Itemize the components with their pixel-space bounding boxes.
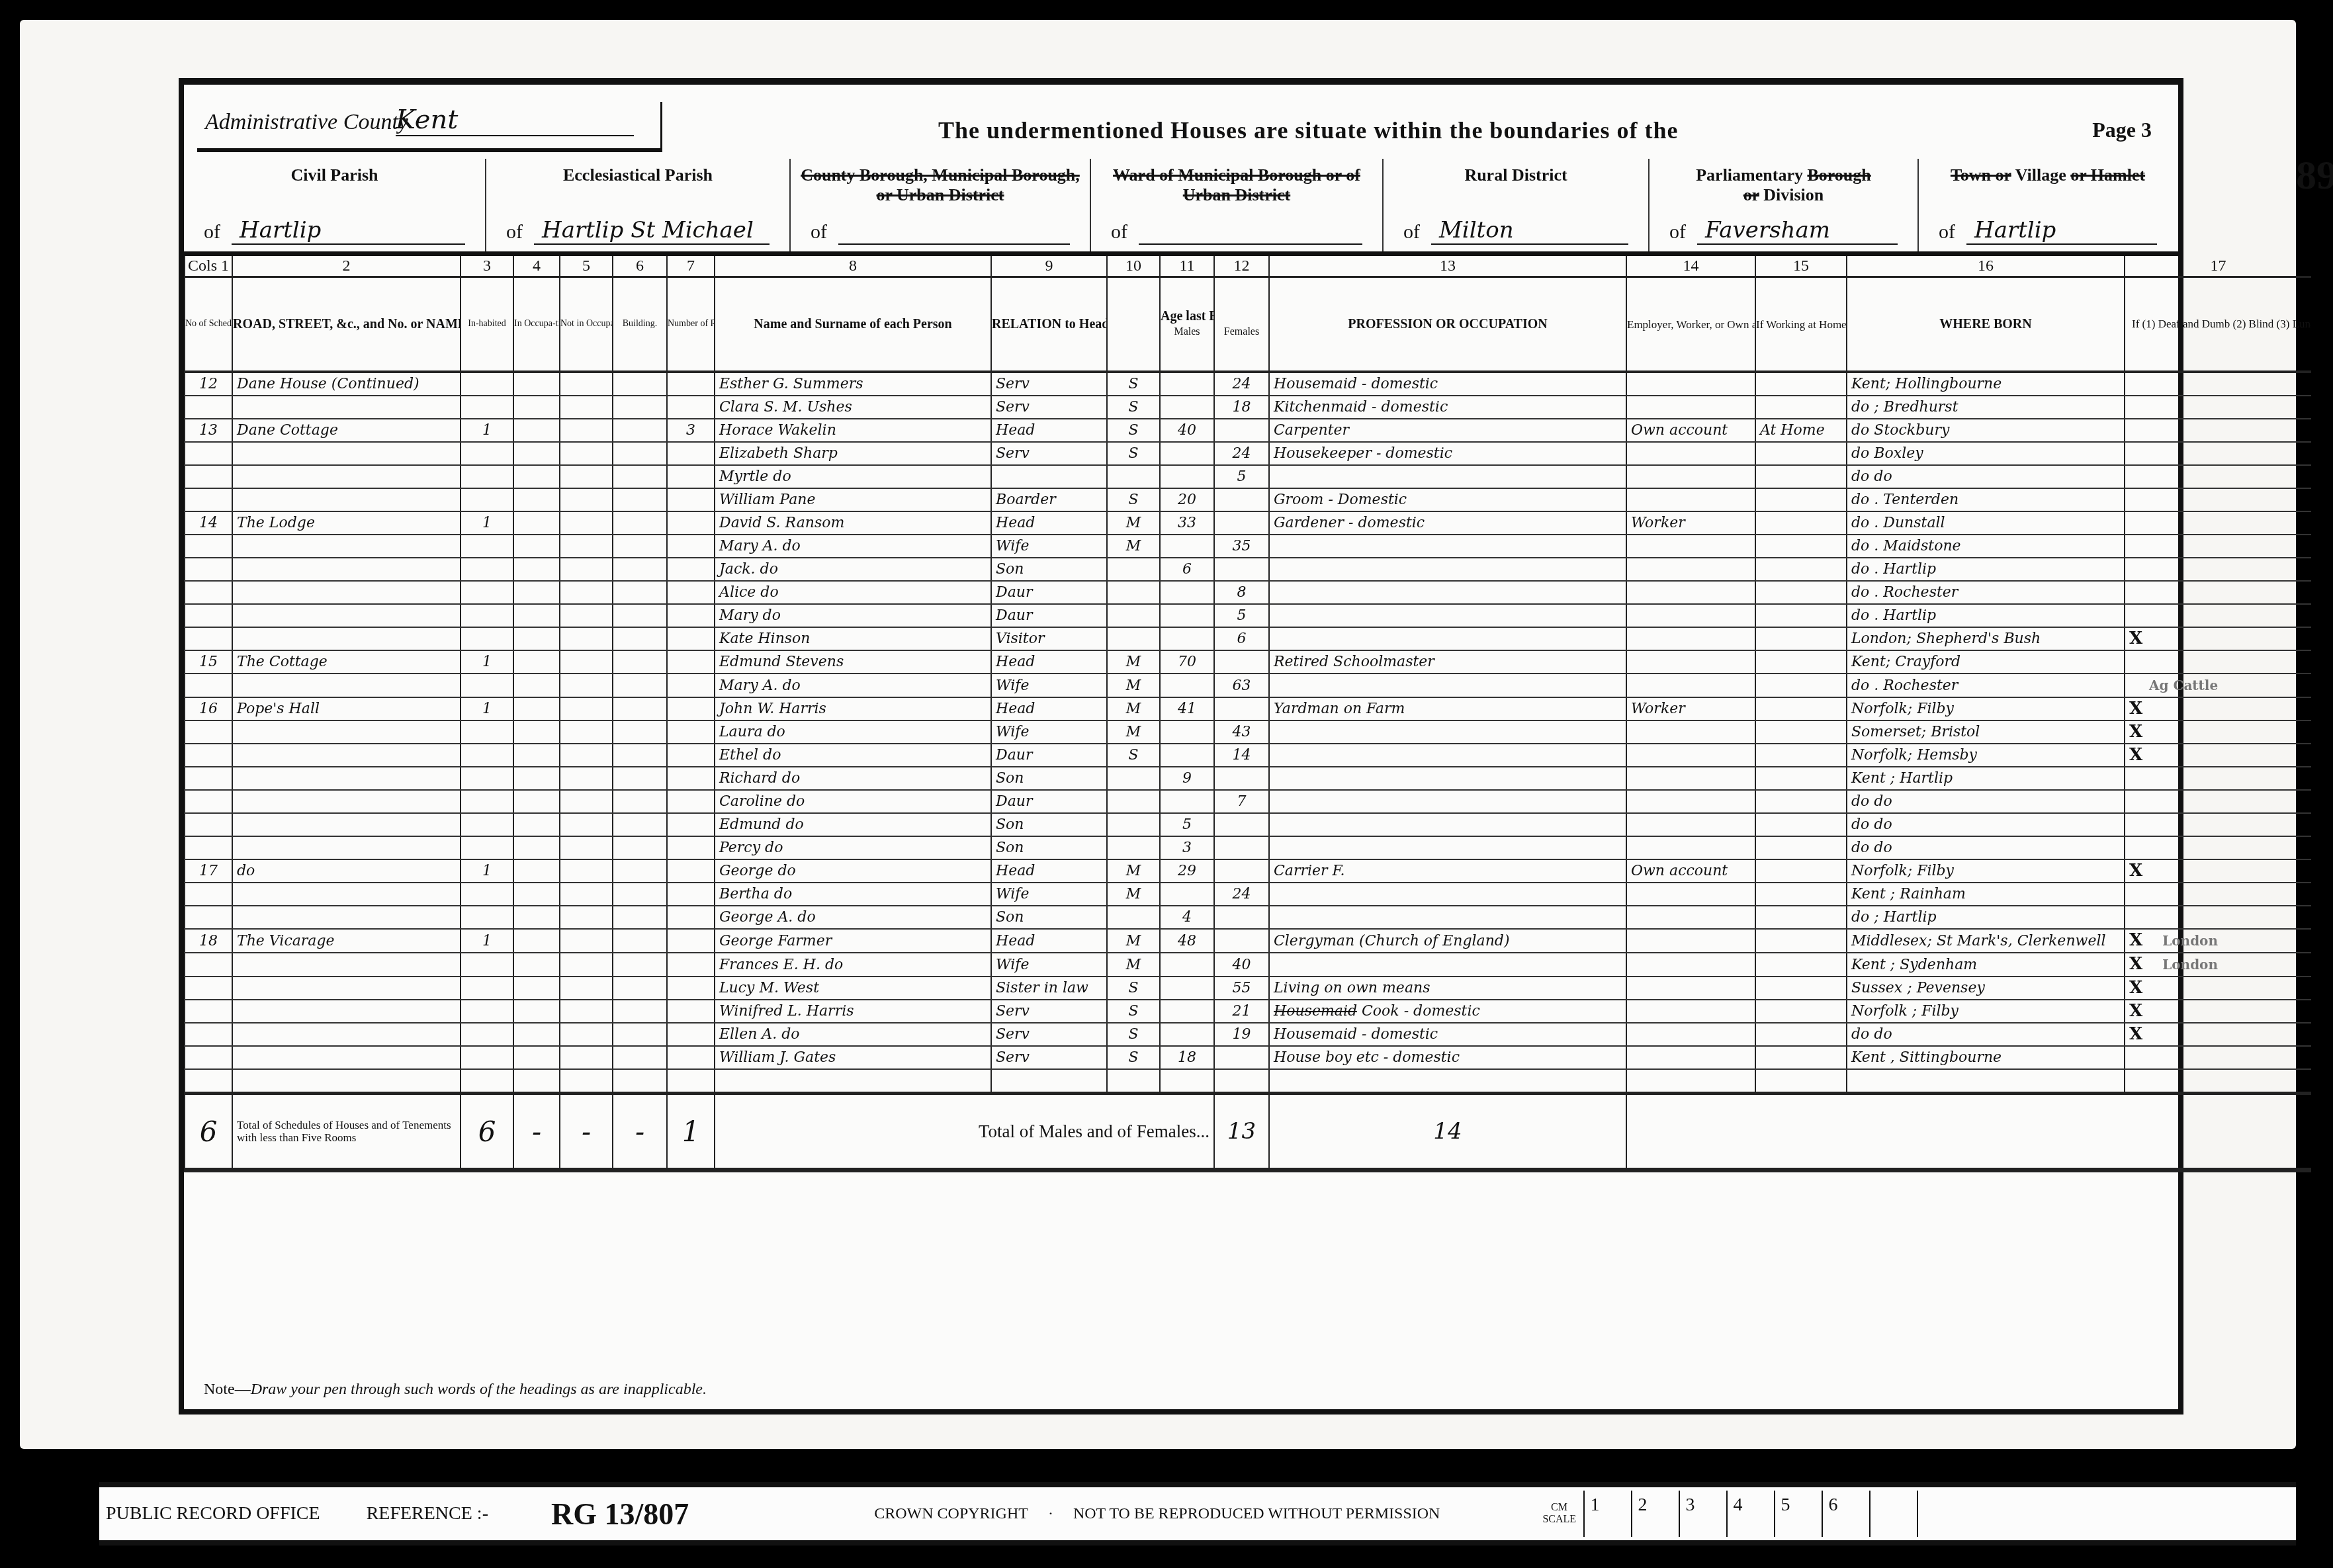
cell-infirmity: [2125, 558, 2311, 581]
cell-age-female: [1214, 511, 1269, 535]
cell-condition: [1107, 813, 1160, 836]
cell-employer: [1626, 1000, 1755, 1023]
cell-age-male: [1160, 604, 1214, 627]
cell-infirmity: [2125, 535, 2311, 558]
cell-where-born: Norfolk; Hemsby: [1847, 744, 2125, 767]
cell-schedule: [185, 953, 232, 977]
cell-rooms: [667, 511, 715, 535]
cell-schedule: 17: [185, 859, 232, 883]
cell-age-male: [1160, 720, 1214, 744]
cell-where-born: Kent ; Rainham: [1847, 883, 2125, 906]
cell-occupation: [1269, 883, 1626, 906]
cell-age-male: 70: [1160, 650, 1214, 674]
area-title: Rural District: [1384, 165, 1648, 185]
area-of-label: of: [1403, 221, 1420, 243]
cell-where-born: do do: [1847, 465, 2125, 488]
cell-not-in-occupation: [560, 836, 613, 859]
cell-condition: M: [1107, 511, 1160, 535]
cell-inhabited: [461, 836, 513, 859]
cell-age-male: [1160, 1069, 1214, 1094]
cell-occupation: [1269, 953, 1626, 977]
heading-relation: RELATION to Head of Family: [991, 277, 1107, 372]
cell-age-female: 6: [1214, 627, 1269, 650]
column-number: 4: [513, 256, 560, 277]
cell-age-female: 35: [1214, 535, 1269, 558]
cell-name: Alice do: [715, 581, 991, 604]
cell-age-female: 7: [1214, 790, 1269, 813]
heading-condition: Condition as to Marriage: [1107, 277, 1160, 372]
heading-where-born: WHERE BORN: [1847, 277, 2125, 372]
area-of-label: of: [1669, 221, 1686, 243]
cell-house: [232, 1046, 461, 1069]
cell-inhabited: [461, 790, 513, 813]
cell-building: [613, 859, 667, 883]
cell-relation: Wife: [991, 674, 1107, 697]
cell-condition: [1107, 906, 1160, 929]
heading-part: Village: [2015, 165, 2066, 185]
cell-inhabited: [461, 627, 513, 650]
cell-rooms: [667, 744, 715, 767]
total-rooms: 1: [667, 1094, 715, 1170]
cell-working-at-home: [1755, 396, 1847, 419]
cell-occupation: [1269, 720, 1626, 744]
table-row: George A. doSon4do ; Hartlip: [185, 906, 2311, 929]
cell-age-male: [1160, 883, 1214, 906]
area-value: Faversham: [1697, 217, 1898, 245]
cell-name: Kate Hinson: [715, 627, 991, 650]
cell-occupation: [1269, 836, 1626, 859]
cell-inhabited: [461, 767, 513, 790]
cell-schedule: [185, 883, 232, 906]
cell-house: [232, 767, 461, 790]
cell-in-occupation: [513, 1046, 560, 1069]
column-headings-row: No of Schedule ROAD, STREET, &c., and No…: [185, 277, 2311, 372]
table-row: William J. GatesServS18House boy etc - d…: [185, 1046, 2311, 1069]
cell-age-male: [1160, 953, 1214, 977]
cell-rooms: [667, 953, 715, 977]
cell-not-in-occupation: [560, 535, 613, 558]
area-of-label: of: [1939, 221, 1955, 243]
cell-house: do: [232, 859, 461, 883]
cell-name: Mary do: [715, 604, 991, 627]
archive-footer: PUBLIC RECORD OFFICE REFERENCE :- RG 13/…: [99, 1482, 2296, 1546]
cell-working-at-home: [1755, 813, 1847, 836]
cell-name: Mary A. do: [715, 674, 991, 697]
cell-inhabited: [461, 465, 513, 488]
totals-row: 6 Total of Schedules of Houses and of Te…: [185, 1094, 2311, 1170]
cell-where-born: Somerset; Bristol: [1847, 720, 2125, 744]
cell-in-occupation: [513, 697, 560, 720]
cell-occupation: House boy etc - domestic: [1269, 1046, 1626, 1069]
column-number: 17: [2125, 256, 2311, 277]
cell-infirmity: [2125, 650, 2311, 674]
cell-relation: Serv: [991, 442, 1107, 465]
cell-building: [613, 674, 667, 697]
cell-rooms: [667, 581, 715, 604]
cell-schedule: [185, 627, 232, 650]
administrative-county-value: Kent: [396, 105, 634, 136]
cell-inhabited: 1: [461, 650, 513, 674]
note-prefix: Note—: [204, 1381, 251, 1398]
cell-rooms: [667, 604, 715, 627]
cell-working-at-home: [1755, 1046, 1847, 1069]
cell-age-female: [1214, 929, 1269, 953]
table-row: Alice doDaur8do . Rochester: [185, 581, 2311, 604]
cell-not-in-occupation: [560, 1000, 613, 1023]
cell-where-born: do do: [1847, 813, 2125, 836]
cell-in-occupation: [513, 953, 560, 977]
cell-rooms: [667, 813, 715, 836]
table-row: Mary doDaur5do . Hartlip: [185, 604, 2311, 627]
cell-relation: Daur: [991, 604, 1107, 627]
cell-occupation: Gardener - domestic: [1269, 511, 1626, 535]
area-value: Hartlip: [1966, 217, 2157, 245]
cell-rooms: [667, 558, 715, 581]
cell-age-male: 41: [1160, 697, 1214, 720]
cell-building: [613, 790, 667, 813]
cell-relation: Head: [991, 929, 1107, 953]
cell-where-born: Middlesex; St Mark's, Clerkenwell: [1847, 929, 2125, 953]
cell-infirmity: X: [2125, 697, 2311, 720]
cell-where-born: Kent ; Sydenham: [1847, 953, 2125, 977]
cell-occupation: [1269, 813, 1626, 836]
cell-infirmity: X: [2125, 859, 2311, 883]
cell-infirmity: [2125, 419, 2311, 442]
table-row: Mary A. doWifeM35do . Maidstone: [185, 535, 2311, 558]
cell-age-female: 19: [1214, 1023, 1269, 1046]
cell-in-occupation: [513, 442, 560, 465]
cell-not-in-occupation: [560, 767, 613, 790]
cell-schedule: [185, 535, 232, 558]
cell-in-occupation: [513, 650, 560, 674]
area-value: [838, 217, 1070, 245]
cell-working-at-home: [1755, 859, 1847, 883]
administrative-county-label: Administrative County: [205, 110, 408, 135]
cell-where-born: Kent , Sittingbourne: [1847, 1046, 2125, 1069]
cell-occupation: [1269, 767, 1626, 790]
cell-relation: Son: [991, 906, 1107, 929]
cell-occupation: [1269, 790, 1626, 813]
scale-mark-blank: [1871, 1491, 1918, 1537]
cell-employer: [1626, 883, 1755, 906]
cell-relation: Serv: [991, 372, 1107, 396]
cell-relation: Boarder: [991, 488, 1107, 511]
heading-rooms: Number of Rooms occupied if less than fi…: [667, 277, 715, 372]
table-row: Laura doWifeM43Somerset; BristolX: [185, 720, 2311, 744]
cell-working-at-home: [1755, 674, 1847, 697]
cell-working-at-home: [1755, 836, 1847, 859]
cell-name: John W. Harris: [715, 697, 991, 720]
cell-age-male: 48: [1160, 929, 1214, 953]
struck-heading: or: [1743, 185, 1759, 204]
cell-building: [613, 1069, 667, 1094]
cell-house: Dane Cottage: [232, 419, 461, 442]
cell-rooms: [667, 465, 715, 488]
heading-name: Name and Surname of each Person: [715, 277, 991, 372]
cell-infirmity: [2125, 604, 2311, 627]
cell-building: [613, 767, 667, 790]
cell-age-female: [1214, 813, 1269, 836]
cell-house: Pope's Hall: [232, 697, 461, 720]
cell-relation: Wife: [991, 953, 1107, 977]
column-number: 5: [560, 256, 613, 277]
cell-schedule: [185, 604, 232, 627]
cell-working-at-home: [1755, 627, 1847, 650]
cell-relation: Daur: [991, 744, 1107, 767]
table-row: Lucy M. WestSister in lawS55Living on ow…: [185, 977, 2311, 1000]
cell-working-at-home: [1755, 977, 1847, 1000]
total-not-in-occupation: -: [560, 1094, 613, 1170]
cell-condition: S: [1107, 442, 1160, 465]
heading-schedule: No of Schedule: [185, 277, 232, 372]
cell-rooms: [667, 977, 715, 1000]
cell-in-occupation: [513, 720, 560, 744]
cell-name: Elizabeth Sharp: [715, 442, 991, 465]
area-boundaries: Civil Parish of Hartlip Ecclesiastical P…: [184, 159, 2178, 256]
cell-not-in-occupation: [560, 1069, 613, 1094]
cell-inhabited: [461, 1069, 513, 1094]
column-number: Cols 1: [185, 256, 232, 277]
cell-inhabited: [461, 953, 513, 977]
cell-occupation: Housemaid - domestic: [1269, 1023, 1626, 1046]
cell-not-in-occupation: [560, 372, 613, 396]
area-of-label: of: [204, 221, 220, 243]
cell-building: [613, 372, 667, 396]
cell-condition: [1107, 558, 1160, 581]
cell-condition: S: [1107, 977, 1160, 1000]
cell-schedule: [185, 558, 232, 581]
cell-employer: [1626, 372, 1755, 396]
cell-condition: S: [1107, 488, 1160, 511]
cell-rooms: [667, 372, 715, 396]
cell-infirmity: [2125, 1046, 2311, 1069]
cell-not-in-occupation: [560, 953, 613, 977]
cell-working-at-home: [1755, 883, 1847, 906]
table-row: Winifred L. HarrisServS21Housemaid Cook …: [185, 1000, 2311, 1023]
area-ecclesiastical-parish: Ecclesiastical Parish of Hartlip St Mich…: [486, 159, 791, 251]
heading-age-text: Age last Birthday of: [1161, 309, 1214, 324]
cell-employer: [1626, 581, 1755, 604]
cell-rooms: [667, 767, 715, 790]
cell-in-occupation: [513, 813, 560, 836]
cell-name: David S. Ransom: [715, 511, 991, 535]
table-row: Mary A. doWifeM63do . RochesterAg Cattle: [185, 674, 2311, 697]
cell-age-male: 5: [1160, 813, 1214, 836]
cell-in-occupation: [513, 906, 560, 929]
cell-working-at-home: [1755, 1069, 1847, 1094]
cell-building: [613, 558, 667, 581]
cell-name: Jack. do: [715, 558, 991, 581]
cell-rooms: [667, 488, 715, 511]
cell-condition: M: [1107, 535, 1160, 558]
cell-working-at-home: [1755, 697, 1847, 720]
cell-name: George A. do: [715, 906, 991, 929]
heading-working-at-home: If Working at Home: [1755, 277, 1847, 372]
cell-house: The Vicarage: [232, 929, 461, 953]
cell-occupation: [1269, 581, 1626, 604]
cell-in-occupation: [513, 627, 560, 650]
cell-rooms: [667, 535, 715, 558]
cell-inhabited: 1: [461, 697, 513, 720]
cell-infirmity: [2125, 465, 2311, 488]
cell-not-in-occupation: [560, 488, 613, 511]
heading-males: Males: [1174, 326, 1200, 337]
cell-age-male: [1160, 977, 1214, 1000]
cell-house: [232, 674, 461, 697]
cell-schedule: 14: [185, 511, 232, 535]
cell-in-occupation: [513, 396, 560, 419]
table-row: Richard doSon9Kent ; Hartlip: [185, 767, 2311, 790]
total-in-occupation: -: [513, 1094, 560, 1170]
table-row: 14The Lodge1David S. RansomHeadM33Garden…: [185, 511, 2311, 535]
cell-building: [613, 953, 667, 977]
cell-condition: S: [1107, 744, 1160, 767]
cell-employer: [1626, 465, 1755, 488]
cell-building: [613, 396, 667, 419]
heading-not-in-occupation: Not in Occupa-tion.: [560, 277, 613, 372]
cell-employer: [1626, 744, 1755, 767]
cell-relation: Serv: [991, 1046, 1107, 1069]
cell-condition: M: [1107, 953, 1160, 977]
total-inhabited: 6: [461, 1094, 513, 1170]
struck-heading: County Borough, Municipal Borough, or Ur…: [801, 165, 1080, 204]
cell-condition: [1107, 767, 1160, 790]
cell-age-male: 3: [1160, 836, 1214, 859]
cell-house: [232, 396, 461, 419]
cell-infirmity: X: [2125, 977, 2311, 1000]
scale-mark: 1: [1585, 1491, 1632, 1537]
form-header: Administrative County Kent The underment…: [184, 85, 2178, 159]
cell-not-in-occupation: [560, 859, 613, 883]
struck-heading: or Hamlet: [2070, 165, 2145, 185]
cell-age-male: [1160, 396, 1214, 419]
cell-age-female: [1214, 1046, 1269, 1069]
cell-where-born: do . Rochester: [1847, 581, 2125, 604]
cell-condition: M: [1107, 929, 1160, 953]
cell-not-in-occupation: [560, 627, 613, 650]
cell-inhabited: [461, 883, 513, 906]
cell-inhabited: [461, 372, 513, 396]
cell-relation: Head: [991, 511, 1107, 535]
note-text: Draw your pen through such words of the …: [251, 1381, 707, 1398]
cell-house: [232, 558, 461, 581]
heading-in-occupation: In Occupa-tion.: [513, 277, 560, 372]
cell-name: William Pane: [715, 488, 991, 511]
copyright-label: CROWN COPYRIGHT: [874, 1505, 1028, 1523]
cell-working-at-home: [1755, 535, 1847, 558]
cell-in-occupation: [513, 372, 560, 396]
cell-where-born: do ; Bredhurst: [1847, 396, 2125, 419]
cell-rooms: [667, 790, 715, 813]
cell-schedule: [185, 674, 232, 697]
cell-name: Clara S. M. Ushes: [715, 396, 991, 419]
cell-inhabited: [461, 535, 513, 558]
cell-age-female: 24: [1214, 372, 1269, 396]
column-number: 7: [667, 256, 715, 277]
cell-inhabited: [461, 442, 513, 465]
cell-building: [613, 488, 667, 511]
cell-name: George do: [715, 859, 991, 883]
cell-working-at-home: [1755, 650, 1847, 674]
permission-notice: NOT TO BE REPRODUCED WITHOUT PERMISSION: [1073, 1505, 1440, 1523]
cell-age-female: [1214, 650, 1269, 674]
cell-employer: [1626, 488, 1755, 511]
cell-house: [232, 744, 461, 767]
cell-not-in-occupation: [560, 465, 613, 488]
cell-not-in-occupation: [560, 581, 613, 604]
cell-age-male: [1160, 465, 1214, 488]
cell-building: [613, 836, 667, 859]
administrative-county: Administrative County Kent: [197, 102, 662, 152]
cell-age-female: 55: [1214, 977, 1269, 1000]
cell-rooms: [667, 859, 715, 883]
cell-inhabited: [461, 1023, 513, 1046]
cell-in-occupation: [513, 744, 560, 767]
separator: ·: [1048, 1505, 1053, 1523]
cell-inhabited: [461, 1046, 513, 1069]
cell-age-female: 24: [1214, 883, 1269, 906]
cell-building: [613, 1023, 667, 1046]
cell-relation: Daur: [991, 581, 1107, 604]
cell-occupation: Yardman on Farm: [1269, 697, 1626, 720]
cell-rooms: [667, 697, 715, 720]
cell-house: [232, 1023, 461, 1046]
cell-building: [613, 465, 667, 488]
cell-inhabited: 1: [461, 511, 513, 535]
cell-relation: Son: [991, 767, 1107, 790]
cell-schedule: [185, 906, 232, 929]
cell-in-occupation: [513, 419, 560, 442]
cell-age-female: 63: [1214, 674, 1269, 697]
column-number: 6: [613, 256, 667, 277]
column-number: 16: [1847, 256, 2125, 277]
cell-age-female: 21: [1214, 1000, 1269, 1023]
cell-name: Laura do: [715, 720, 991, 744]
cell-inhabited: [461, 581, 513, 604]
cell-not-in-occupation: [560, 511, 613, 535]
area-value: [1139, 217, 1362, 245]
table-row: Bertha doWifeM24Kent ; Rainham: [185, 883, 2311, 906]
table-row: Caroline doDaur7do do: [185, 790, 2311, 813]
cell-inhabited: [461, 1000, 513, 1023]
cell-house: [232, 535, 461, 558]
cell-where-born: do . Hartlip: [1847, 604, 2125, 627]
total-schedules-label: Total of Schedules of Houses and of Tene…: [232, 1094, 461, 1170]
cell-house: [232, 836, 461, 859]
cell-in-occupation: [513, 977, 560, 1000]
cell-inhabited: [461, 720, 513, 744]
cell-schedule: [185, 1023, 232, 1046]
cell-condition: S: [1107, 396, 1160, 419]
cell-age-male: 4: [1160, 906, 1214, 929]
cell-name: Myrtle do: [715, 465, 991, 488]
cell-occupation: Carpenter: [1269, 419, 1626, 442]
struck-heading: Town or: [1951, 165, 2011, 185]
table-row: Percy doSon3do do: [185, 836, 2311, 859]
cell-not-in-occupation: [560, 558, 613, 581]
column-number: 8: [715, 256, 991, 277]
cell-schedule: 15: [185, 650, 232, 674]
cell-rooms: [667, 650, 715, 674]
cell-where-born: Sussex ; Pevensey: [1847, 977, 2125, 1000]
area-title: Ward of Municipal Borough or of Urban Di…: [1091, 165, 1382, 205]
cell-in-occupation: [513, 674, 560, 697]
cell-rooms: [667, 442, 715, 465]
cell-where-born: Kent; Crayford: [1847, 650, 2125, 674]
cell-not-in-occupation: [560, 977, 613, 1000]
cell-schedule: [185, 767, 232, 790]
cell-not-in-occupation: [560, 720, 613, 744]
